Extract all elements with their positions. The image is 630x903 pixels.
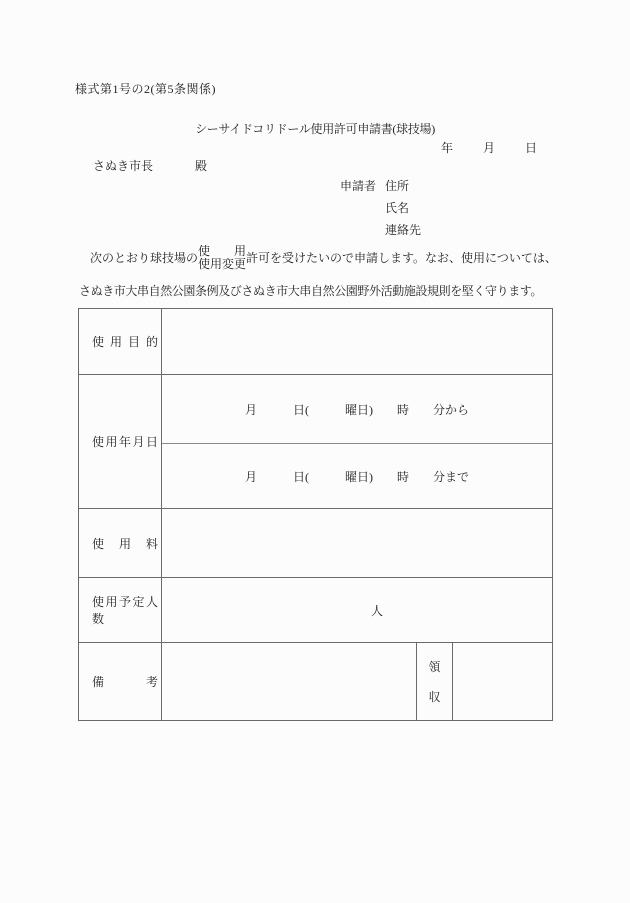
body-paragraph-line1: 次のとおり球技場の使用使用変更許可を受けたいので申請します。なお、使用については… <box>90 244 557 271</box>
purpose-label-cell: 使用目的 <box>79 309 162 374</box>
applicant-label: 申請者 <box>340 175 376 241</box>
people-unit: 人 <box>331 602 383 619</box>
fee-label-cell: 使用料 <box>79 509 162 577</box>
applicant-field-name: 氏名 <box>385 197 421 219</box>
datetime-label-cell: 使用年月日 <box>79 375 162 508</box>
people-label-cell: 使用予定人数 <box>79 578 162 642</box>
datetime-from-line: 月 日( 曜日) 時 分から <box>245 401 469 418</box>
stacked-option-change: 使用変更 <box>198 258 246 271</box>
purpose-label: 使用目的 <box>92 333 158 350</box>
receipt-label: 領収 <box>428 652 441 712</box>
datetime-label: 使用年月日 <box>92 433 158 450</box>
receipt-value-cell <box>453 643 552 720</box>
body-line1-prefix: 次のとおり球技場の <box>90 249 198 266</box>
body-line1-suffix: 許可を受けたいので申請します。なお、使用については、 <box>246 249 557 266</box>
application-table: 使用目的 使用年月日 月 日( 曜日) 時 分から 月 日( 曜日) 時 分まで… <box>78 308 553 721</box>
body-paragraph-line2: さぬき市大串自然公園条例及びさぬき市大串自然公園野外活動施設規則を堅く守ります。 <box>79 282 542 299</box>
table-row-datetime: 使用年月日 月 日( 曜日) 時 分から 月 日( 曜日) 時 分まで <box>79 375 552 509</box>
people-value-cell: 人 <box>162 578 552 642</box>
datetime-value-cells: 月 日( 曜日) 時 分から 月 日( 曜日) 時 分まで <box>162 375 552 508</box>
date-line: 年 月 日 <box>441 139 539 156</box>
fee-label: 使用料 <box>92 535 158 552</box>
receipt-label-cell: 領収 <box>417 643 453 720</box>
document-title: シーサイドコリドール使用許可申請書(球技場) <box>0 120 630 137</box>
remarks-value-cell <box>162 643 417 720</box>
datetime-from-cell: 月 日( 曜日) 時 分から <box>162 375 552 444</box>
table-row-fee: 使用料 <box>79 509 552 578</box>
addressee-name: さぬき市長 <box>93 159 153 173</box>
document-page: 様式第1号の2(第5条関係) シーサイドコリドール使用許可申請書(球技場) 年 … <box>0 0 630 903</box>
stacked-option-use: 使用 <box>198 245 246 258</box>
remarks-label: 備考 <box>92 673 158 690</box>
people-label: 使用予定人数 <box>92 593 158 627</box>
fee-value-cell <box>162 509 552 577</box>
addressee-line: さぬき市長殿 <box>93 157 207 174</box>
datetime-to-cell: 月 日( 曜日) 時 分まで <box>162 444 552 508</box>
datetime-to-line: 月 日( 曜日) 時 分まで <box>245 468 469 485</box>
addressee-honorific: 殿 <box>195 159 207 173</box>
applicant-block: 申請者 住所 氏名 連絡先 <box>340 175 421 241</box>
purpose-value-cell <box>162 309 552 374</box>
remarks-label-cell: 備考 <box>79 643 162 720</box>
table-row-remarks: 備考 領収 <box>79 643 552 720</box>
applicant-field-address: 住所 <box>385 175 421 197</box>
form-number: 様式第1号の2(第5条関係) <box>75 80 216 97</box>
applicant-fields: 住所 氏名 連絡先 <box>385 175 421 241</box>
stacked-use-option: 使用使用変更 <box>198 245 246 271</box>
table-row-purpose: 使用目的 <box>79 309 552 375</box>
applicant-field-contact: 連絡先 <box>385 219 421 241</box>
table-row-people: 使用予定人数 人 <box>79 578 552 643</box>
